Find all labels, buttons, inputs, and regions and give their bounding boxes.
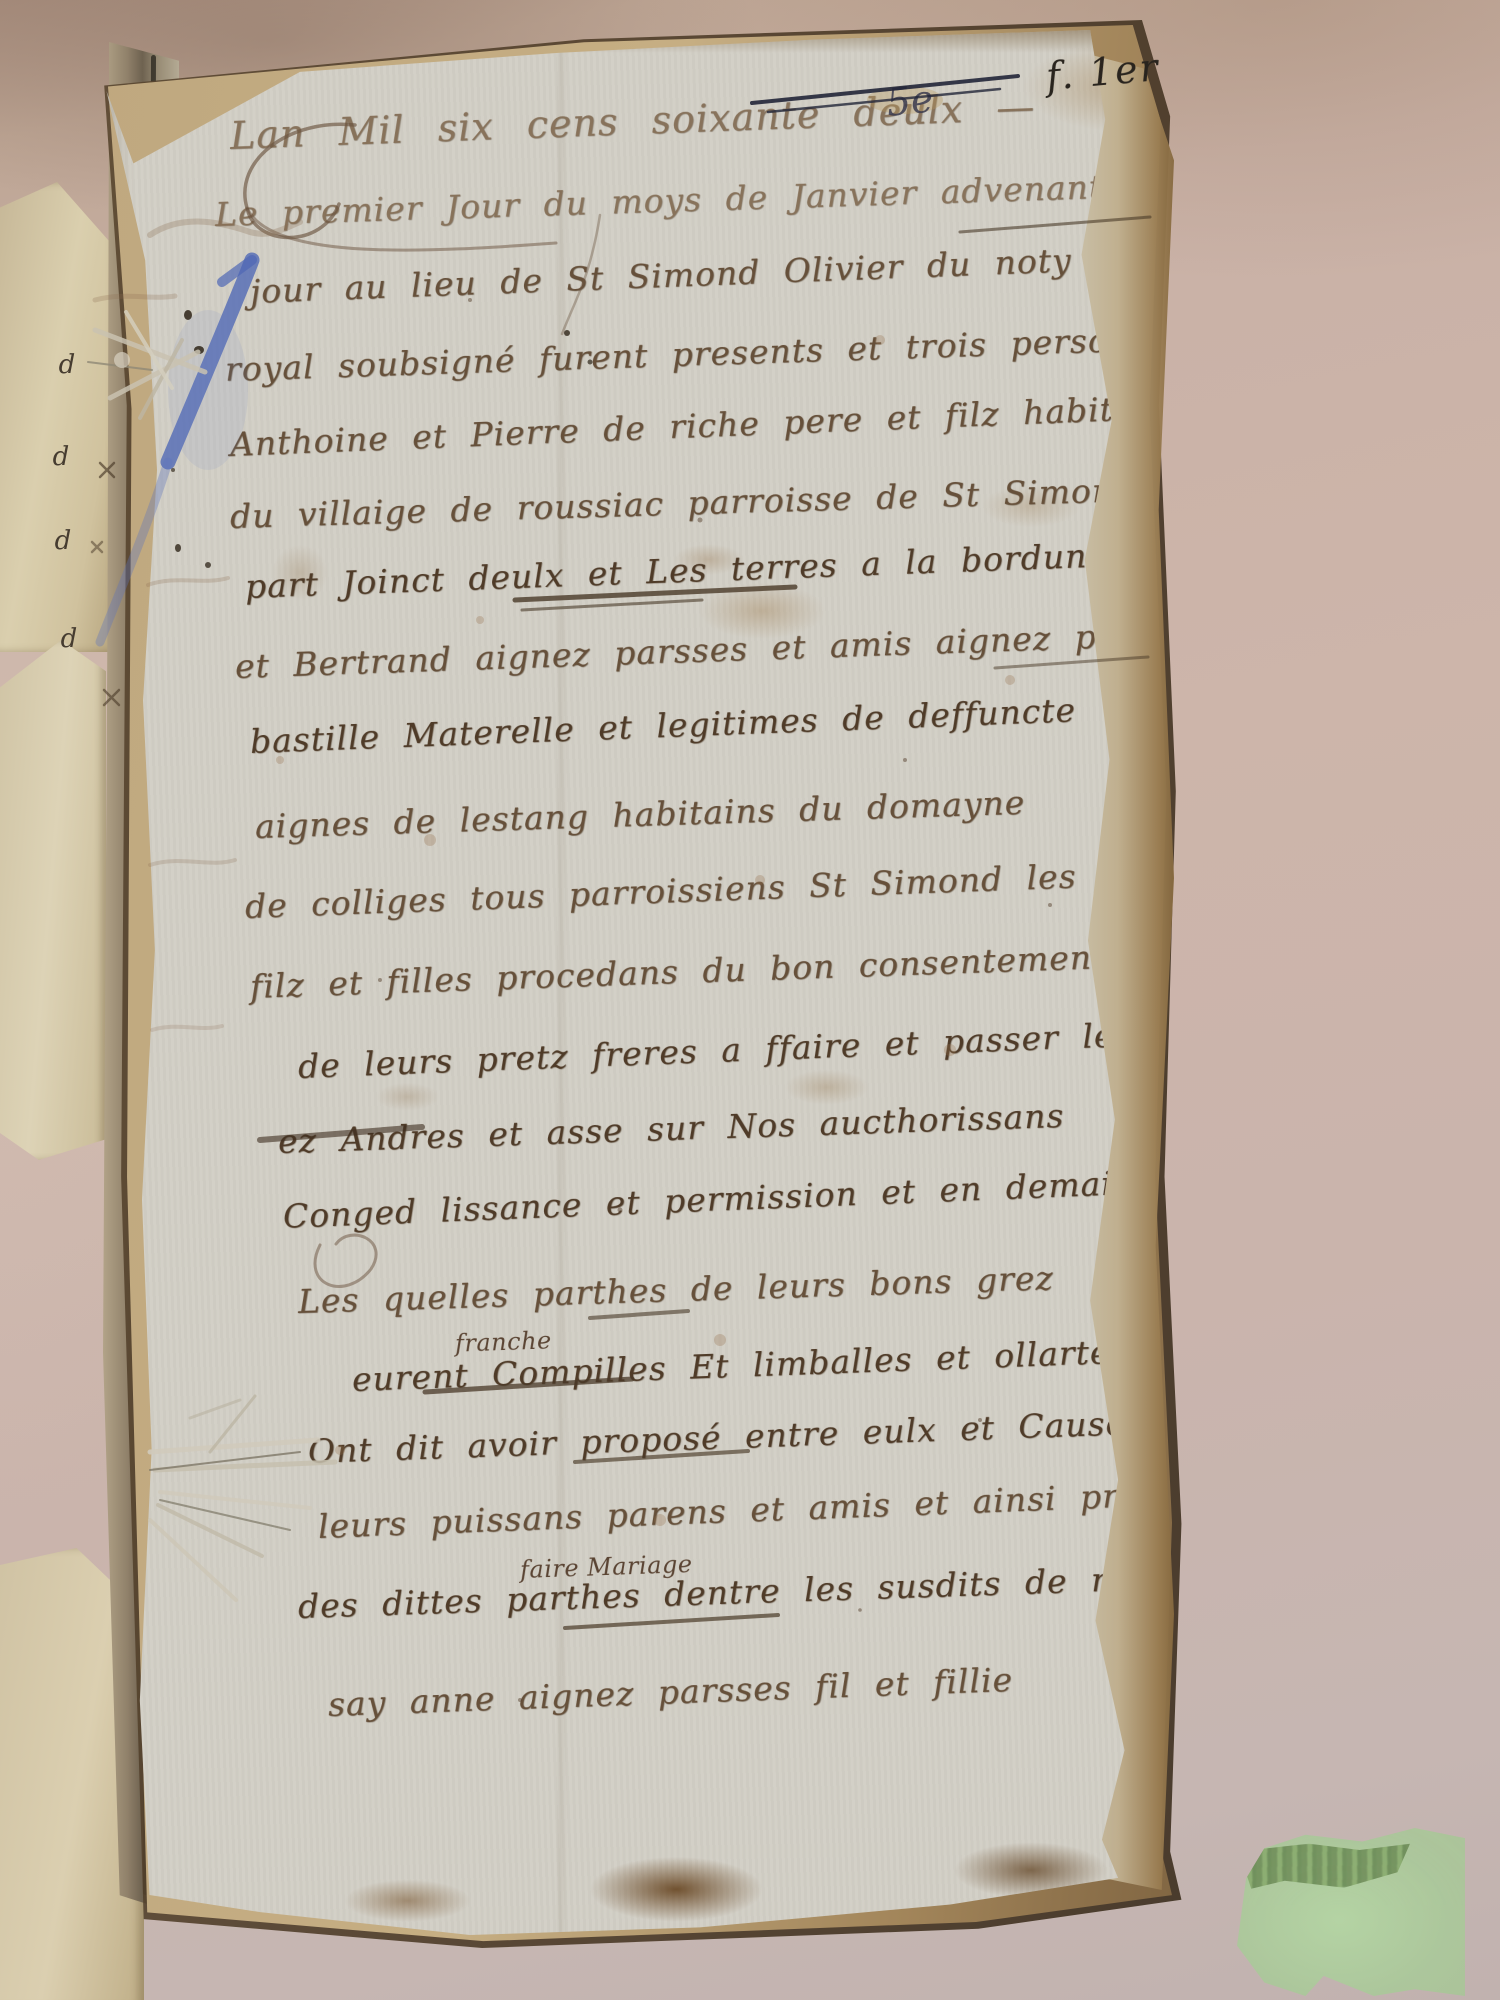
printed-letter-d: d [54,624,84,654]
photo-of-manuscript: { "annotations": { "folio_mark": "f. 1er… [0,0,1500,2000]
printed-letter-d: d [46,442,76,472]
handwritten-line: ez Andres et asse sur Nos aucthorissans [277,1096,1065,1161]
handwritten-line: aignes de lestang habitains du domayne [254,783,1025,846]
handwritten-line: part Joinct deulx et Les terres a la bor… [244,535,1108,606]
handwritten-line: Anthoine et Pierre de riche pere et filz… [229,387,1175,464]
handwritten-line: Lan Mil six cens soixante deulx — [229,84,1036,157]
handwritten-line: filz et filles procedans du bon consente… [249,937,1106,1006]
green-watermark [1237,1828,1465,1996]
handwritten-line: et Bertrand aignez parsses et amis aigne… [234,614,1191,686]
handwritten-line: say anne aignez parsses fil et fillie [327,1660,1013,1724]
loose-page-left-top [0,182,120,652]
handwritten-line: jour au lieu de St Simond Olivier du not… [249,240,1072,311]
printed-letter-d: d [48,526,78,556]
handwritten-line: Ont dit avoir proposé entre eulx et Caus… [307,1403,1144,1471]
green-watermark-texture [1241,1840,1411,1891]
handwritten-line: Les quelles parthes de leurs bons grez [297,1258,1054,1321]
manuscript-page: Lan Mil six cens soixante deulx — Le pre… [85,30,1160,1935]
handwritten-line: royal soubsigné furent presents et trois… [224,318,1192,389]
handwritten-line: Le premier Jour du moys de Janvier adven… [214,165,1161,234]
handwritten-line: de colliges tous parroissiens St Simond … [244,857,1077,926]
handwritten-line: bastille Materelle et legitimes de deffu… [249,690,1076,761]
interlinear-insertion: franche [455,1326,553,1357]
handwritten-line: Conged lissance et permission et en dema… [282,1163,1136,1236]
printed-letter-d: d [52,350,82,380]
loose-page-left-bottom [0,640,106,1160]
